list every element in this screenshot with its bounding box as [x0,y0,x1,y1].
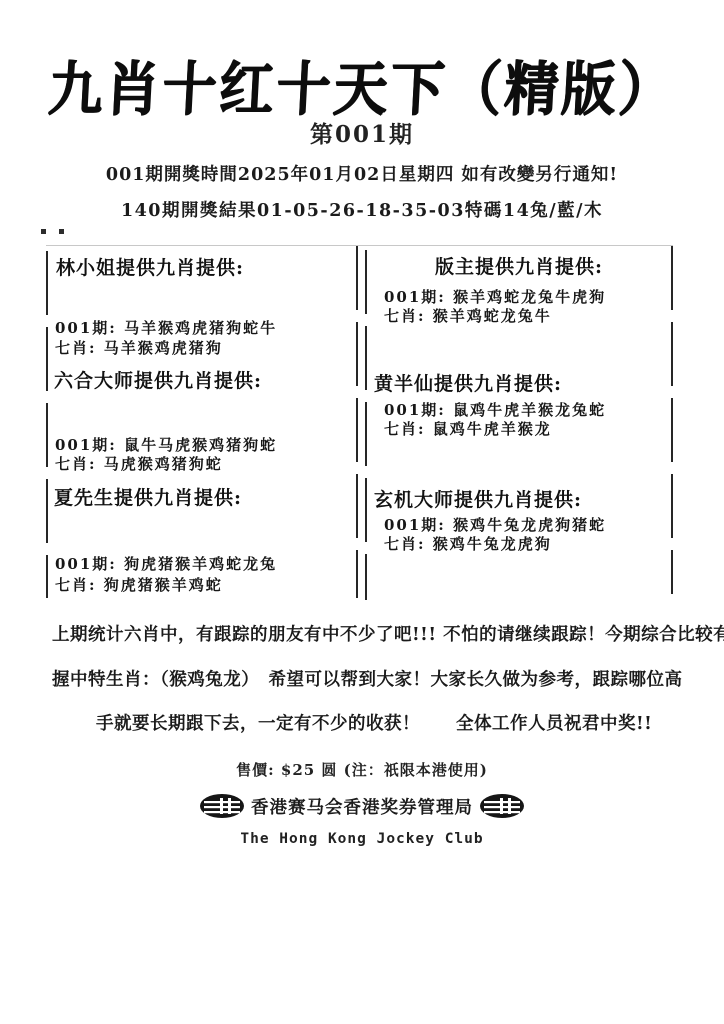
commentary-line: 上期统计六肖中，有跟踪的朋友有中不少了吧!!! 不怕的请继续跟踪！今期综合比较有… [52,621,724,646]
table-center-rule [356,246,358,598]
tipster-name: 黄半仙提供九肖提供: [374,369,562,396]
tipster-nine-line: 001期: 鼠鸡牛虎羊猴龙兔蛇 [384,399,606,420]
tipster-seven-line: 七肖: 鼠鸡牛虎羊猴龙 [384,418,552,439]
lottery-tip-sheet: 九肖十红十天下（精版） 第001期 001期開獎時間2025年01月02日星期四… [0,0,724,1024]
publisher-row: 香港赛马会香港奖券管理局 [0,792,724,820]
table-center-rule-2 [365,250,367,600]
tipster-nine-line: 001期: 马羊猴鸡虎猪狗蛇牛 [55,317,277,338]
publisher-name-cn: 香港赛马会香港奖券管理局 [251,794,473,819]
tipster-grid: 林小姐提供九肖提供: 001期: 马羊猴鸡虎猪狗蛇牛 七肖: 马羊猴鸡虎猪狗 六… [0,0,724,1024]
publisher-name-en: The Hong Kong Jockey Club [0,831,724,847]
tipster-nine-line: 001期: 狗虎猪猴羊鸡蛇龙兔 [55,553,277,574]
hkjc-logo-icon [198,792,246,820]
hkjc-logo-icon [478,792,526,820]
tipster-nine-line: 001期: 猴羊鸡蛇龙兔牛虎狗 [384,286,606,307]
table-right-rule [671,246,673,594]
tipster-seven-line: 七肖: 马虎猴鸡猪狗蛇 [55,453,223,474]
tipster-seven-line: 七肖: 猴鸡牛兔龙虎狗 [384,533,552,554]
tipster-seven-line: 七肖: 马羊猴鸡虎猪狗 [55,337,223,358]
table-left-rule [46,251,48,598]
tipster-nine-line: 001期: 鼠牛马虎猴鸡猪狗蛇 [55,434,277,455]
tipster-name: 玄机大师提供九肖提供: [374,485,582,512]
tipster-seven-line: 七肖: 猴羊鸡蛇龙兔牛 [384,305,552,326]
tipster-name: 林小姐提供九肖提供: [56,253,244,280]
tipster-name: 六合大师提供九肖提供: [54,366,262,393]
tipster-nine-line: 001期: 猴鸡牛兔龙虎狗猪蛇 [384,514,606,535]
table-top-rule [46,245,673,246]
tipster-seven-line: 七肖: 狗虎猪猴羊鸡蛇 [55,574,223,595]
tipster-name: 夏先生提供九肖提供: [54,483,242,510]
commentary-line: 握中特生肖：（猴鸡兔龙） 希望可以帮到大家！大家长久做为参考，跟踪哪位高 [52,666,683,691]
price-note: 售價: $25 圆 (注：祇限本港使用) [0,759,724,780]
tipster-name: 版主提供九肖提供: [366,252,672,279]
commentary-line: 手就要长期跟下去，一定有不少的收获！ 全体工作人员祝君中奖!! [96,710,652,735]
